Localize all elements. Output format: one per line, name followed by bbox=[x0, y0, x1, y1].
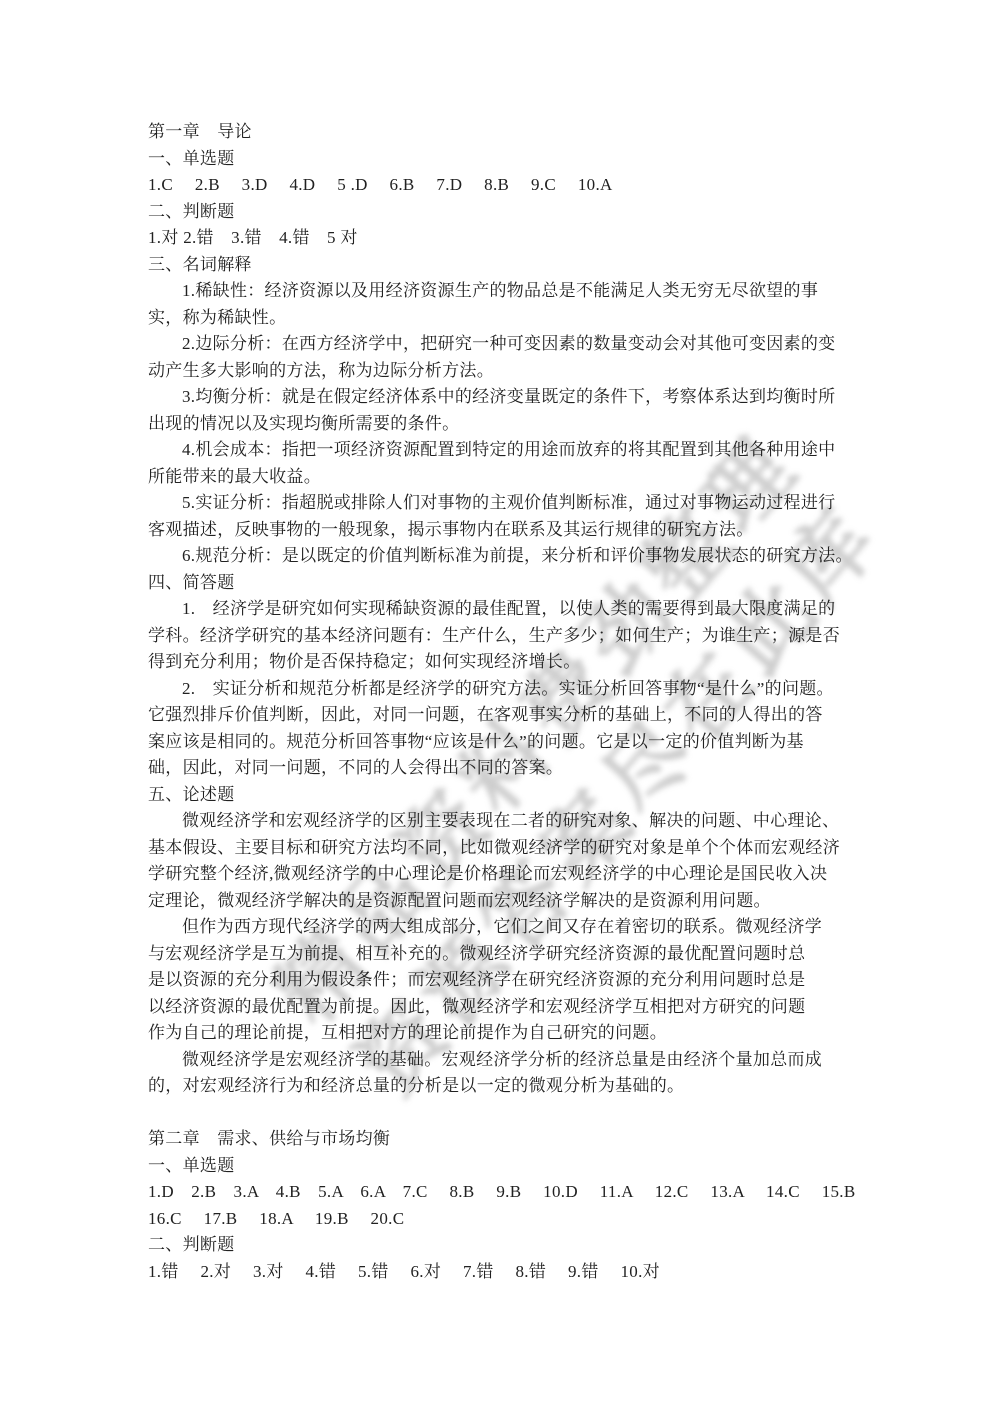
text-line: 1.稀缺性：经济资源以及用经济资源生产的物品总是不能满足人类无穷无尽欲望的事 bbox=[148, 278, 862, 305]
document-body: 第一章 导论一、单选题1.C 2.B 3.D 4.D 5 .D 6.B 7.D … bbox=[148, 119, 862, 1285]
document-page: 精品资料费劲整理 资源答案尽在此库 第一章 导论一、单选题1.C 2.B 3.D… bbox=[0, 0, 993, 1404]
text-line: 客观描述，反映事物的一般现象，揭示事物内在联系及其运行规律的研究方法。 bbox=[148, 517, 862, 544]
chapter-title: 第二章 需求、供给与市场均衡 bbox=[148, 1126, 862, 1153]
text-line: 作为自己的理论前提，互相把对方的理论前提作为自己研究的问题。 bbox=[148, 1020, 862, 1047]
answer-row: 1.错 2.对 3.对 4.错 5.错 6.对 7.错 8.错 9.错 10.对 bbox=[148, 1259, 862, 1286]
spacer-line bbox=[148, 1100, 862, 1127]
answer-row: 16.C 17.B 18.A 19.B 20.C bbox=[148, 1206, 862, 1233]
text-line: 实，称为稀缺性。 bbox=[148, 305, 862, 332]
section-heading: 二、判断题 bbox=[148, 199, 862, 226]
text-line: 学研究整个经济,微观经济学的中心理论是价格理论而宏观经济学的中心理论是国民收入决 bbox=[148, 861, 862, 888]
text-line: 微观经济学和宏观经济学的区别主要表现在二者的研究对象、解决的问题、中心理论、 bbox=[148, 808, 862, 835]
text-line: 基本假设、主要目标和研究方法均不同，比如微观经济学的研究对象是单个个体而宏观经济 bbox=[148, 835, 862, 862]
text-line: 动产生多大影响的方法，称为边际分析方法。 bbox=[148, 358, 862, 385]
text-line: 微观经济学是宏观经济学的基础。宏观经济学分析的经济总量是由经济个量加总而成 bbox=[148, 1047, 862, 1074]
text-line: 是以资源的充分利用为假设条件；而宏观经济学在研究经济资源的充分利用问题时总是 bbox=[148, 967, 862, 994]
section-heading: 三、名词解释 bbox=[148, 252, 862, 279]
section-heading: 一、单选题 bbox=[148, 1153, 862, 1180]
answer-row: 1.对 2.错 3.错 4.错 5 对 bbox=[148, 225, 862, 252]
text-line: 6.规范分析：是以既定的价值判断标准为前提，来分析和评价事物发展状态的研究方法。 bbox=[148, 543, 862, 570]
text-line: 4.机会成本：指把一项经济资源配置到特定的用途而放弃的将其配置到其他各种用途中 bbox=[148, 437, 862, 464]
text-line: 案应该是相同的。规范分析回答事物“应该是什么”的问题。它是以一定的价值判断为基 bbox=[148, 729, 862, 756]
text-line: 的，对宏观经济行为和经济总量的分析是以一定的微观分析为基础的。 bbox=[148, 1073, 862, 1100]
text-line: 出现的情况以及实现均衡所需要的条件。 bbox=[148, 411, 862, 438]
text-line: 学科。经济学研究的基本经济问题有：生产什么，生产多少；如何生产；为谁生产；源是否 bbox=[148, 623, 862, 650]
text-line: 所能带来的最大收益。 bbox=[148, 464, 862, 491]
text-line: 它强烈排斥价值判断，因此，对同一问题，在客观事实分析的基础上，不同的人得出的答 bbox=[148, 702, 862, 729]
text-line: 3.均衡分析：就是在假定经济体系中的经济变量既定的条件下，考察体系达到均衡时所 bbox=[148, 384, 862, 411]
text-line: 5.实证分析：指超脱或排除人们对事物的主观价值判断标准，通过对事物运动过程进行 bbox=[148, 490, 862, 517]
answer-row: 1.D 2.B 3.A 4.B 5.A 6.A 7.C 8.B 9.B 10.D… bbox=[148, 1179, 862, 1206]
answer-row: 1.C 2.B 3.D 4.D 5 .D 6.B 7.D 8.B 9.C 10.… bbox=[148, 172, 862, 199]
section-heading: 一、单选题 bbox=[148, 146, 862, 173]
text-line: 但作为西方现代经济学的两大组成部分，它们之间又存在着密切的联系。微观经济学 bbox=[148, 914, 862, 941]
text-line: 定理论，微观经济学解决的是资源配置问题而宏观经济学解决的是资源利用问题。 bbox=[148, 888, 862, 915]
text-line: 得到充分利用；物价是否保持稳定；如何实现经济增长。 bbox=[148, 649, 862, 676]
text-line: 2.边际分析：在西方经济学中，把研究一种可变因素的数量变动会对其他可变因素的变 bbox=[148, 331, 862, 358]
section-heading: 二、判断题 bbox=[148, 1232, 862, 1259]
section-heading: 五、论述题 bbox=[148, 782, 862, 809]
text-line: 以经济资源的最优配置为前提。因此，微观经济学和宏观经济学互相把对方研究的问题 bbox=[148, 994, 862, 1021]
chapter-title: 第一章 导论 bbox=[148, 119, 862, 146]
text-line: 础，因此，对同一问题，不同的人会得出不同的答案。 bbox=[148, 755, 862, 782]
section-heading: 四、简答题 bbox=[148, 570, 862, 597]
text-line: 与宏观经济学是互为前提、相互补充的。微观经济学研究经济资源的最优配置问题时总 bbox=[148, 941, 862, 968]
text-line: 2. 实证分析和规范分析都是经济学的研究方法。实证分析回答事物“是什么”的问题。 bbox=[148, 676, 862, 703]
text-line: 1. 经济学是研究如何实现稀缺资源的最佳配置，以使人类的需要得到最大限度满足的 bbox=[148, 596, 862, 623]
